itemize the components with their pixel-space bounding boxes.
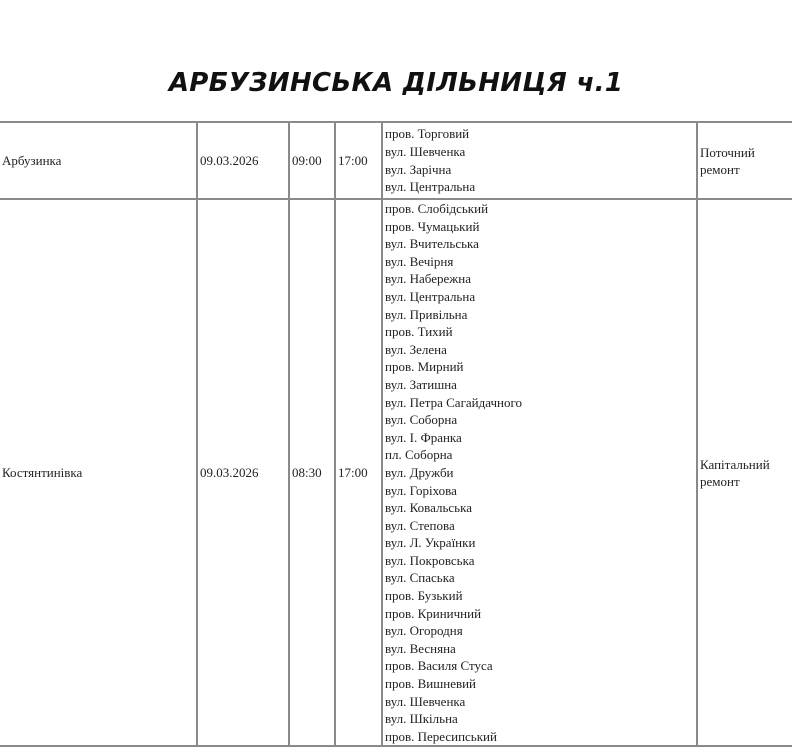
street-item: вул. Вечірня bbox=[385, 253, 694, 271]
street-item: пров. Чумацький bbox=[385, 218, 694, 236]
table-row: Костянтинівка 09.03.2026 08:30 17:00 про… bbox=[0, 199, 792, 746]
street-item: вул. Центральна bbox=[385, 288, 694, 306]
work-type-cell: Поточний ремонт bbox=[697, 122, 792, 199]
street-item: вул. Привільна bbox=[385, 306, 694, 324]
outage-schedule-table: Арбузинка 09.03.2026 09:00 17:00 пров. Т… bbox=[0, 121, 792, 747]
street-item: пров. Василя Стуса bbox=[385, 657, 694, 675]
date-cell: 09.03.2026 bbox=[197, 199, 289, 746]
street-item: пров. Пересипський bbox=[385, 728, 694, 746]
street-item: пров. Слобідський bbox=[385, 200, 694, 218]
street-item: вул. І. Франка bbox=[385, 429, 694, 447]
work-type-line: ремонт bbox=[700, 161, 792, 178]
street-item: вул. Шевченка bbox=[385, 143, 694, 161]
street-item: вул. Центральна bbox=[385, 178, 694, 196]
street-item: вул. Соборна bbox=[385, 411, 694, 429]
street-item: вул. Дружби bbox=[385, 464, 694, 482]
street-item: вул. Огородня bbox=[385, 622, 694, 640]
table-row: Арбузинка 09.03.2026 09:00 17:00 пров. Т… bbox=[0, 122, 792, 199]
settlement-cell: Арбузинка bbox=[0, 122, 197, 199]
street-item: вул. Спаська bbox=[385, 569, 694, 587]
work-type-line: Поточний bbox=[700, 144, 792, 161]
street-item: вул. Набережна bbox=[385, 270, 694, 288]
end-time-cell: 17:00 bbox=[335, 199, 382, 746]
street-item: вул. Покровська bbox=[385, 552, 694, 570]
street-item: вул. Зарічна bbox=[385, 161, 694, 179]
street-item: пров. Тихий bbox=[385, 323, 694, 341]
street-item: вул. Ковальська bbox=[385, 499, 694, 517]
street-item: пл. Соборна bbox=[385, 446, 694, 464]
street-item: вул. Л. Українки bbox=[385, 534, 694, 552]
street-item: пров. Бузький bbox=[385, 587, 694, 605]
streets-cell: пров. Торговийвул. Шевченкавул. Зарічнав… bbox=[382, 122, 697, 199]
work-type-line: Капітальний bbox=[700, 456, 792, 473]
date-cell: 09.03.2026 bbox=[197, 122, 289, 199]
street-item: вул. Горіхова bbox=[385, 482, 694, 500]
work-type-cell: Капітальний ремонт bbox=[697, 199, 792, 746]
start-time-cell: 09:00 bbox=[289, 122, 335, 199]
street-item: пров. Криничний bbox=[385, 605, 694, 623]
street-item: пров. Торговий bbox=[385, 125, 694, 143]
streets-cell: пров. Слобідськийпров. Чумацькийвул. Вчи… bbox=[382, 199, 697, 746]
street-item: вул. Весняна bbox=[385, 640, 694, 658]
street-item: вул. Затишна bbox=[385, 376, 694, 394]
street-item: вул. Вчительська bbox=[385, 235, 694, 253]
street-item: вул. Петра Сагайдачного bbox=[385, 394, 694, 412]
street-item: пров. Вишневий bbox=[385, 675, 694, 693]
start-time-cell: 08:30 bbox=[289, 199, 335, 746]
document-title: АРБУЗИНСЬКА ДІЛЬНИЦЯ ч.1 bbox=[0, 68, 792, 98]
street-item: вул. Шкільна bbox=[385, 710, 694, 728]
street-item: вул. Зелена bbox=[385, 341, 694, 359]
street-item: вул. Шевченка bbox=[385, 693, 694, 711]
end-time-cell: 17:00 bbox=[335, 122, 382, 199]
work-type-line: ремонт bbox=[700, 473, 792, 490]
street-item: пров. Мирний bbox=[385, 358, 694, 376]
settlement-cell: Костянтинівка bbox=[0, 199, 197, 746]
street-item: вул. Степова bbox=[385, 517, 694, 535]
